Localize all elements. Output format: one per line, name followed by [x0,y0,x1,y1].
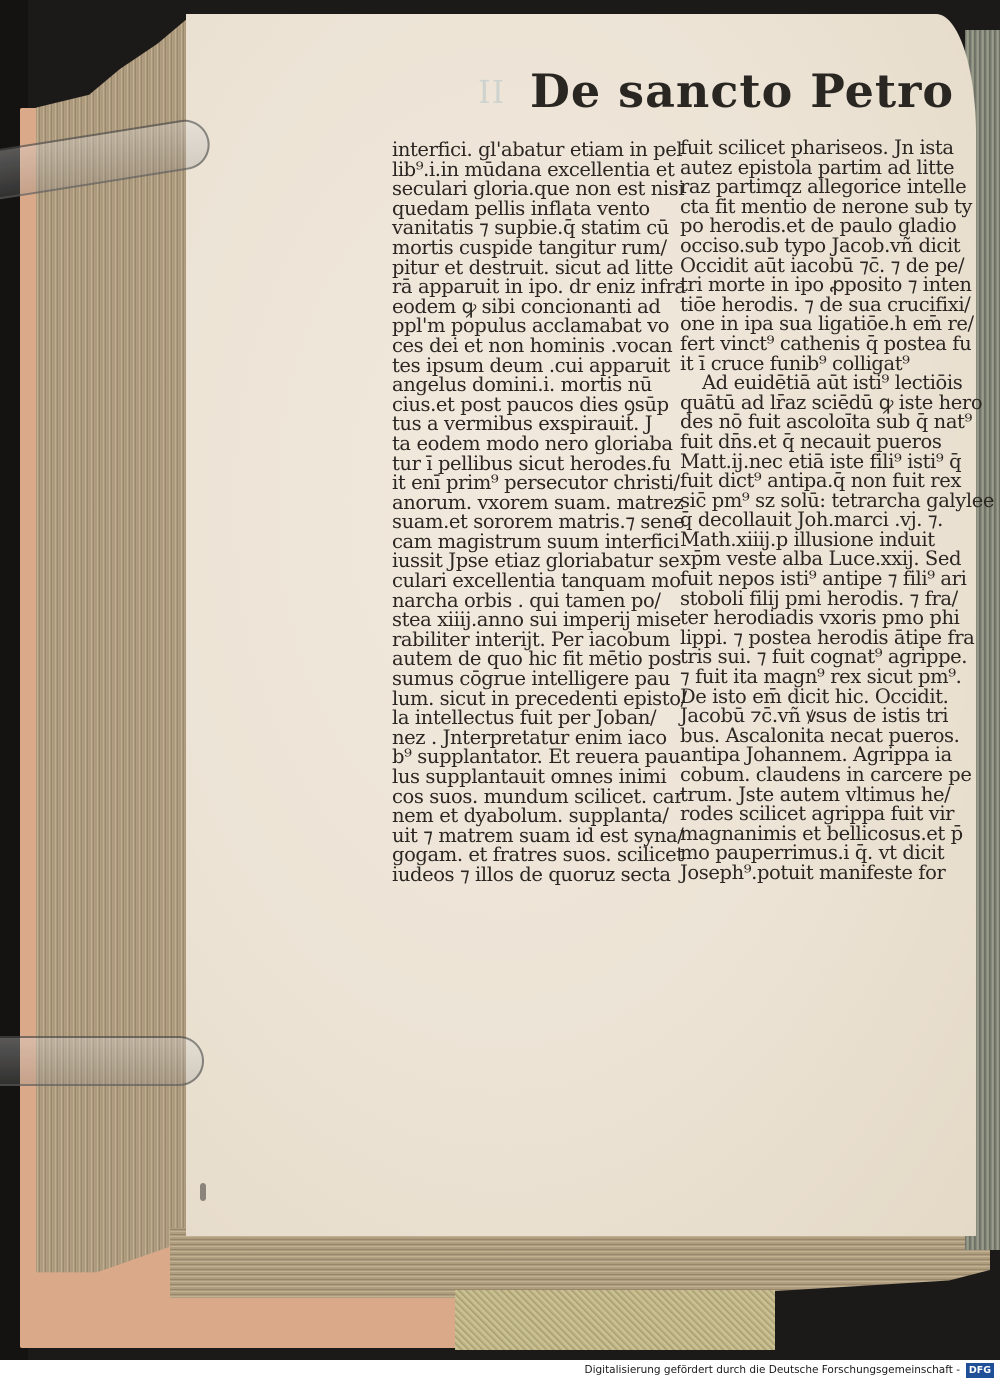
text-line: raz partimqz allegorice intelle [680,177,942,197]
book-scan: II De sancto Petro interfici. gl'abatur … [0,0,1000,1360]
text-line: ta eodem modo nero gloriaba [392,434,677,454]
text-line: tus a vermibus exspirauit. J [392,414,677,434]
text-line: Jacobū ⁊c̄.vñ ꝟsus de istis tri [680,706,942,726]
text-column-left: interfici. gl'abatur etiam in pellib⁹.i.… [392,140,677,885]
text-line: seculari gloria.que non est nisi [392,179,677,199]
text-line: fuit nepos isti⁹ antipe ⁊ fili⁹ ari [680,569,942,589]
running-title-text: De sancto Petro [530,64,954,118]
text-line: culari excellentia tanquam mo [392,571,677,591]
text-line: sumus cōgrue intelligere pau [392,669,677,689]
text-line: cobum. claudens in carcere pe [680,765,942,785]
text-line: la intellectus fuit per Joban/ [392,708,677,728]
ghost-folio-mark: II [478,76,505,108]
text-line: stea xiiij.anno sui imperij mise [392,610,677,630]
text-line: it enī prim⁹ persecutor christi/ [392,473,677,493]
text-line: fuit scilicet phariseos. Jn ista [680,138,942,158]
page-edges-bottom [170,1228,990,1298]
text-line: mortis cuspide tangitur rum/ [392,238,677,258]
text-line: iudeos ⁊ illos de quoruz secta [392,865,677,885]
text-line: tri morte in ipo ꝓposito ⁊ inten [680,275,942,295]
headband [455,1290,775,1350]
text-line: one in ipa sua ligatiōe.h em̄ re/ [680,314,942,334]
text-line: q̄ decollauit Joh.marci .vj. ⁊. [680,510,942,530]
text-line: fert vinct⁹ cathenis q̄ postea fu [680,334,942,354]
text-line: fuit dict⁹ antipa.q̄ non fuit rex [680,471,942,491]
text-line: nem et dyabolum. supplanta/ [392,806,677,826]
running-title: II De sancto Petro [530,68,954,114]
text-line: fuit dn̄s.et q̄ necauit pueros [680,432,942,452]
text-column-right: fuit scilicet phariseos. Jn istaautez ep… [680,138,942,883]
text-line: ces dei et non hominis .vocan [392,336,677,356]
text-line: Ad euidētiā aūt isti⁹ lectiōis [680,373,942,393]
dfg-credit-text: Digitalisierung gefördert durch die Deut… [584,1364,960,1376]
text-line: occiso.sub typo Jacob.vñ dicit [680,236,942,256]
glass-page-holder-bottom [0,1036,204,1086]
text-line: rodes scilicet agrippa fuit vir [680,804,942,824]
text-line: angelus domini.i. mortis nū [392,375,677,395]
text-line: ⁊ fuit ita magn⁹ rex sicut pm⁹. [680,667,942,687]
dfg-logo: DFG [966,1363,994,1378]
text-line: Joseph⁹.potuit manifeste for [680,863,942,883]
text-line: ter herodiadis vxoris pmo phi [680,608,942,628]
text-line: interfici. gl'abatur etiam in pel [392,140,677,160]
text-line: rā apparuit in ipo. dr eniz infra [392,277,677,297]
text-line: ppl'm populus acclamabat vo [392,316,677,336]
footer-bar: Digitalisierung gefördert durch die Deut… [0,1360,1000,1383]
text-line: des nō fuit ascoloīta sub q̄ nat⁹ [680,412,942,432]
text-line: lus supplantauit omnes inimi [392,767,677,787]
ink-smudge [200,1183,206,1201]
text-line: suam.et sororem matris.⁊ sene [392,512,677,532]
page-edges-left [36,18,188,1298]
